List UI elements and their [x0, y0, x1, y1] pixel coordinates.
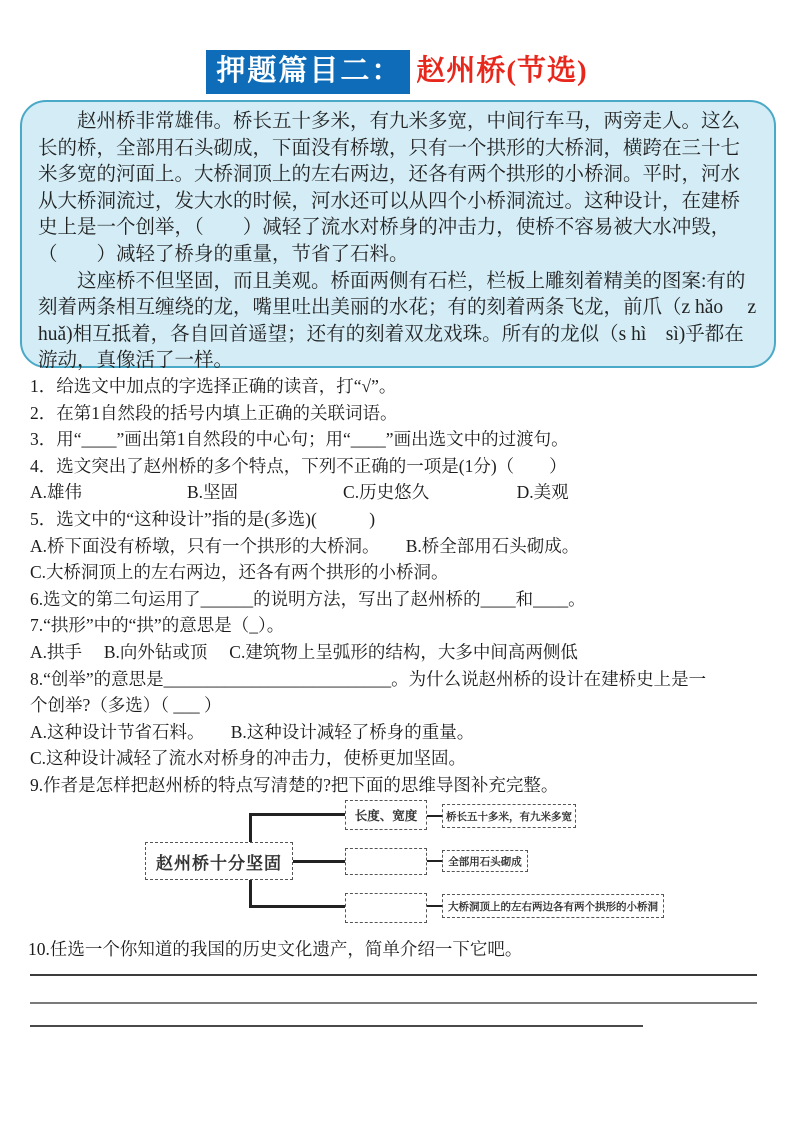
question-6: 6.选文的第二句运用了______的说明方法，写出了赵州桥的____和____。: [30, 586, 772, 613]
mindmap-detail-box-1: 桥长五十多米，有九米多宽: [442, 804, 576, 828]
question-5: 5．选文中的“这种设计”指的是(多选)( ): [30, 506, 772, 533]
mindmap-diagram: 赵州桥十分坚固 长度、宽度 桥长五十多米，有九米多宽 全部用石头砌成 大桥洞顶上…: [30, 798, 770, 938]
mindmap-detail-box-3: 大桥洞顶上的左右两边各有两个拱形的小桥洞: [442, 894, 664, 918]
question-5-option-c: C.大桥洞顶上的左右两边，还各有两个拱形的小桥洞。: [30, 559, 772, 586]
mindmap-trunk-top: [249, 813, 252, 842]
mindmap-branch-middle: [293, 860, 345, 863]
question-4: 4．选文突出了赵州桥的多个特点，下列不正确的一项是(1分)（ ）: [30, 453, 772, 480]
question-list: 1．给选文中加点的字选择正确的读音，打“√”。 2．在第1自然段的括号内填上正确…: [30, 373, 772, 799]
worksheet-page: 押题篇目二：赵州桥(节选) 赵州桥非常雄伟。桥长五十多米，有九米多宽，中间行车马…: [0, 0, 794, 1123]
mindmap-detail-box-2: 全部用石头砌成: [442, 850, 528, 872]
question-8-options-ab: A.这种设计节省石料。 B.这种设计减轻了桥身的重量。: [30, 719, 772, 746]
question-9: 9.作者是怎样把赵州桥的特点写清楚的?把下面的思维导图补充完整。: [30, 772, 772, 799]
question-10: 10.任选一个你知道的我国的历史文化遗产，简单介绍一下它吧。: [28, 936, 770, 963]
title-badge: 押题篇目二：: [206, 50, 410, 94]
mindmap-branch-top: [249, 813, 345, 816]
mindmap-connector-top: [427, 815, 442, 817]
title-text: 赵州桥(节选): [416, 55, 587, 87]
page-title: 押题篇目二：赵州桥(节选): [0, 50, 794, 94]
question-5-options-ab: A.桥下面没有桥墩，只有一个拱形的大桥洞。 B.桥全部用石头砌成。: [30, 533, 772, 560]
question-2: 2．在第1自然段的括号内填上正确的关联词语。: [30, 400, 772, 427]
answer-line-1: [30, 974, 757, 976]
passage-paragraph-1: 赵州桥非常雄伟。桥长五十多米，有九米多宽，中间行车马，两旁走人。这么长的桥，全部…: [38, 109, 758, 269]
question-8-option-c: C.这种设计减轻了流水对桥身的冲击力，使桥更加坚固。: [30, 745, 772, 772]
mindmap-blank-box-2: [345, 848, 427, 875]
question-7: 7.“拱形”中的“拱”的意思是（_）。: [30, 612, 772, 639]
question-1: 1．给选文中加点的字选择正确的读音，打“√”。: [30, 373, 772, 400]
question-8: 8.“创举”的意思是__________________________。为什么…: [30, 666, 772, 693]
mindmap-label-box-1: 长度、宽度: [345, 800, 427, 830]
passage-box: 赵州桥非常雄伟。桥长五十多米，有九米多宽，中间行车马，两旁走人。这么长的桥，全部…: [20, 100, 776, 368]
answer-line-2: [30, 1002, 757, 1004]
mindmap-connector-bottom: [427, 905, 442, 907]
mindmap-blank-box-3: [345, 893, 427, 923]
question-3: 3．用“____”画出第1自然段的中心句；用“____”画出选文中的过渡句。: [30, 426, 772, 453]
mindmap-branch-bottom: [249, 905, 345, 908]
mindmap-connector-middle: [427, 860, 442, 862]
answer-line-3: [30, 1025, 643, 1027]
question-8-continued: 个创举?（多选）（ ___ ）: [30, 692, 772, 719]
mindmap-trunk-bottom: [249, 880, 252, 908]
mindmap-root-box: 赵州桥十分坚固: [145, 842, 293, 880]
passage-paragraph-2: 这座桥不但坚固，而且美观。桥面两侧有石栏，栏板上雕刻着精美的图案:有的刻着两条相…: [38, 269, 758, 375]
question-7-options: A.拱手 B.向外钻或顶 C.建筑物上呈弧形的结构，大多中间高两侧低: [30, 639, 772, 666]
question-4-options: A.雄伟 B.坚固 C.历史悠久 D.美观: [30, 479, 772, 506]
